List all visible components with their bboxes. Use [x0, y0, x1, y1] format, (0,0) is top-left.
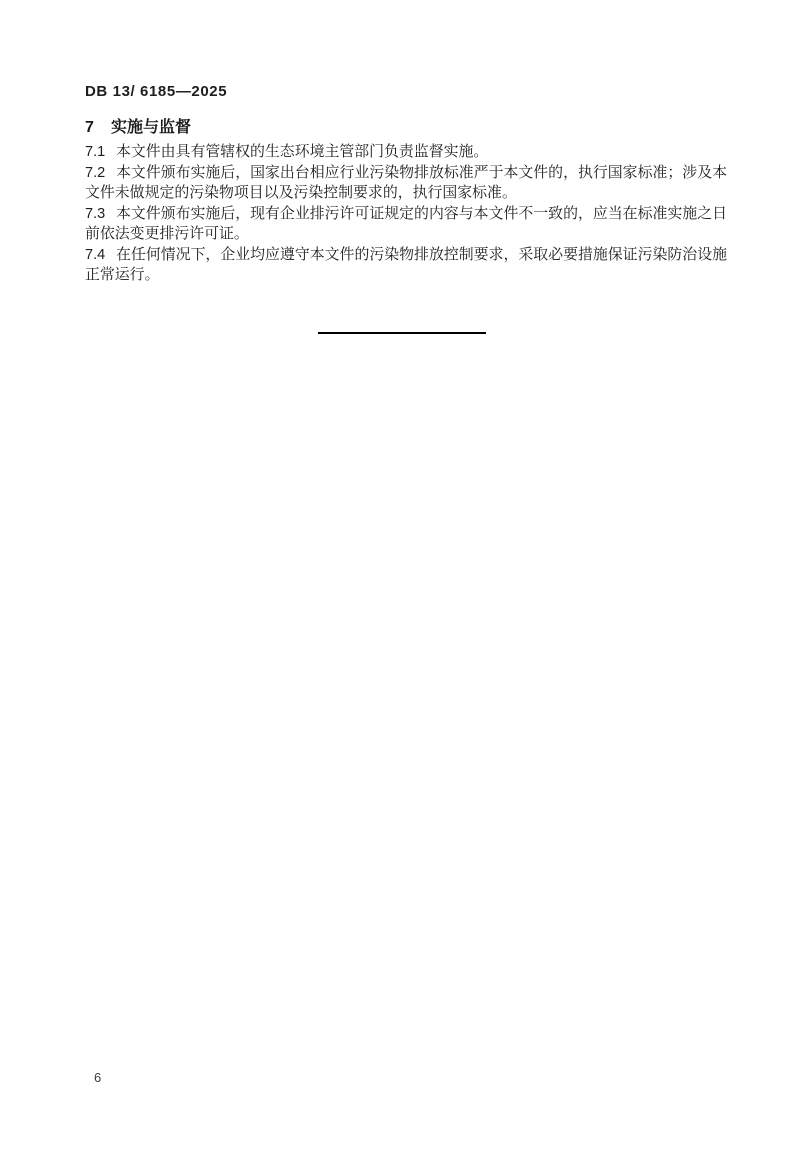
section-title: 实施与监督	[111, 119, 191, 136]
clause-7-1-number: 7.1	[85, 142, 116, 163]
end-of-text-divider	[318, 332, 486, 334]
clause-7-4: 7.4在任何情况下，企业均应遵守本文件的污染物排放控制要求，采取必要措施保证污染…	[85, 245, 727, 286]
clause-7-2: 7.2本文件颁布实施后，国家出台相应行业污染物排放标准严于本文件的，执行国家标准…	[85, 163, 727, 204]
clause-7-3-text: 本文件颁布实施后，现有企业排污许可证规定的内容与本文件不一致的，应当在标准实施之…	[85, 206, 727, 243]
clause-7-3-number: 7.3	[85, 204, 116, 225]
clause-7-1: 7.1本文件由具有管辖权的生态环境主管部门负责监督实施。	[85, 142, 727, 163]
page-number: 6	[94, 1070, 101, 1085]
document-number: DB 13/ 6185—2025	[85, 83, 227, 100]
clause-7-1-text: 本文件由具有管辖权的生态环境主管部门负责监督实施。	[116, 144, 488, 160]
section-number: 7	[85, 119, 111, 137]
document-page: DB 13/ 6185—2025 7实施与监督 7.1本文件由具有管辖权的生态环…	[0, 0, 810, 1157]
document-body: 7.1本文件由具有管辖权的生态环境主管部门负责监督实施。 7.2本文件颁布实施后…	[85, 142, 727, 286]
section-heading: 7实施与监督	[85, 114, 191, 137]
clause-7-4-number: 7.4	[85, 245, 116, 266]
clause-7-3: 7.3本文件颁布实施后，现有企业排污许可证规定的内容与本文件不一致的，应当在标准…	[85, 204, 727, 245]
clause-7-2-number: 7.2	[85, 163, 116, 184]
clause-7-2-text: 本文件颁布实施后，国家出台相应行业污染物排放标准严于本文件的，执行国家标准；涉及…	[85, 165, 727, 202]
clause-7-4-text: 在任何情况下，企业均应遵守本文件的污染物排放控制要求，采取必要措施保证污染防治设…	[85, 247, 727, 284]
